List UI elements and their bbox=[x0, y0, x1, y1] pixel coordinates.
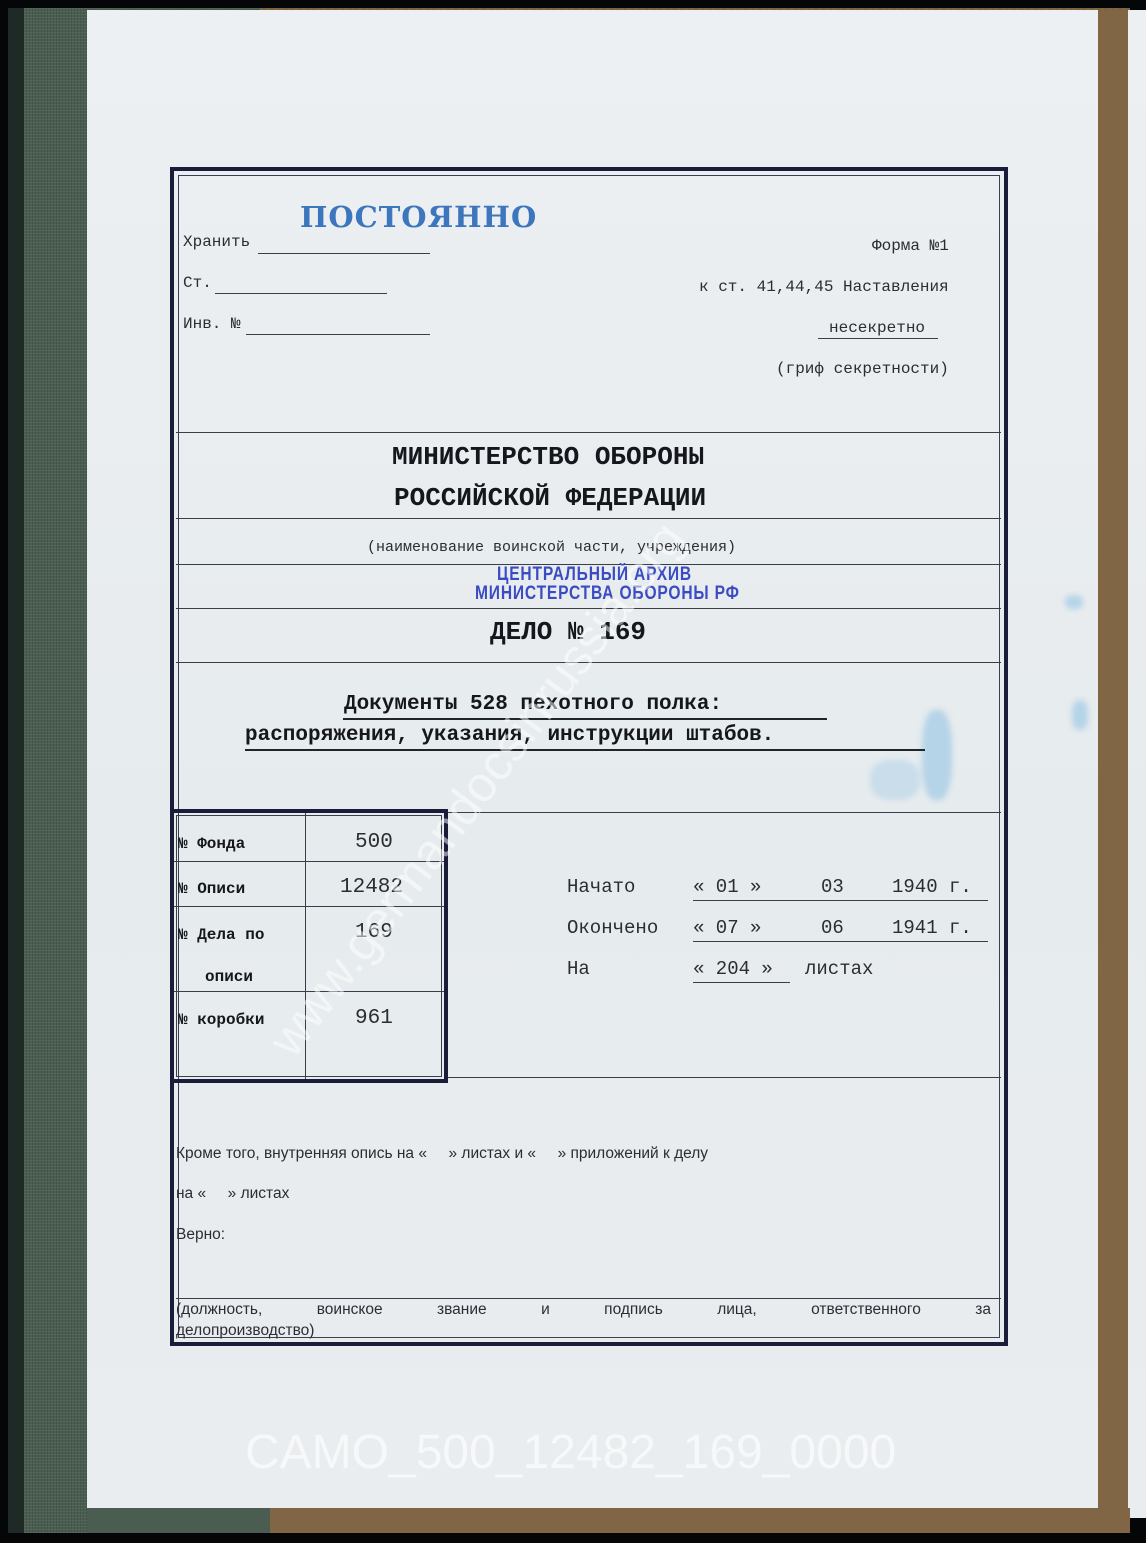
additional-inventory-line-2: на « » листах bbox=[176, 1185, 289, 1203]
started-underline bbox=[693, 900, 813, 901]
verified-label: Верно: bbox=[176, 1226, 225, 1244]
article-label: Ст. bbox=[183, 274, 212, 292]
bottom-watermark: CAMO_500_12482_169_0000 bbox=[245, 1425, 896, 1480]
additional-inventory-line-1: Кроме того, внутренняя опись на « » лист… bbox=[176, 1145, 708, 1163]
ended-day: « 07 » bbox=[693, 917, 761, 939]
ministry-line-1: МИНИСТЕРСТВО ОБОРОНЫ bbox=[392, 442, 704, 472]
permanent-storage-stamp: ПОСТОЯННО bbox=[300, 200, 537, 234]
signature-caption: (должность, воинское звание и подпись ли… bbox=[176, 1301, 991, 1319]
sheets-underline bbox=[693, 982, 790, 983]
started-year: 1940 г. bbox=[892, 876, 972, 898]
binder-spine-shadow bbox=[8, 8, 24, 1533]
started-underline bbox=[813, 900, 988, 901]
sheets-count: « 204 » bbox=[693, 958, 773, 980]
description-underline bbox=[343, 718, 827, 720]
sheets-suffix: листах bbox=[805, 958, 873, 980]
inventory-field bbox=[246, 334, 430, 335]
divider bbox=[176, 432, 1001, 433]
form-frame bbox=[170, 167, 1008, 1346]
sheet-right-edge bbox=[1098, 10, 1128, 1520]
ended-label: Окончено bbox=[567, 917, 658, 939]
sheet-bottom-edge bbox=[270, 1508, 1130, 1533]
keep-label: Хранить bbox=[183, 233, 250, 251]
fond-value: 500 bbox=[355, 831, 393, 854]
description-underline bbox=[245, 749, 925, 751]
delo-label: № Дела по bbox=[178, 926, 264, 944]
classification-caption: (гриф секретности) bbox=[776, 360, 949, 378]
pencil-mark bbox=[1072, 700, 1088, 730]
started-label: Начато bbox=[567, 876, 635, 898]
ended-month: 06 bbox=[821, 917, 844, 939]
ended-underline bbox=[693, 941, 988, 942]
divider bbox=[448, 1077, 1001, 1078]
sheet-bottom-edge-left bbox=[87, 1508, 270, 1533]
sheets-label: На bbox=[567, 958, 590, 980]
delo-label-2: описи bbox=[205, 968, 253, 986]
fond-label: № Фонда bbox=[178, 835, 245, 853]
box-value: 961 bbox=[355, 1007, 393, 1030]
started-day: « 01 » bbox=[693, 876, 761, 898]
pencil-mark bbox=[1065, 595, 1083, 609]
regulation-reference: к ст. 41,44,45 Наставления bbox=[699, 278, 949, 296]
ministry-line-2: РОССИЙСКОЙ ФЕДЕРАЦИИ bbox=[394, 483, 706, 513]
box-label: № коробки bbox=[178, 1011, 264, 1029]
inventory-label: Инв. № bbox=[183, 315, 241, 333]
divider bbox=[176, 1298, 1001, 1299]
divider bbox=[176, 518, 1001, 519]
classification-underline bbox=[818, 338, 938, 339]
ended-year: 1941 г. bbox=[892, 917, 972, 939]
divider bbox=[448, 812, 1001, 813]
article-field bbox=[215, 293, 387, 294]
form-number: Форма №1 bbox=[872, 237, 949, 255]
signature-caption-line-2: делопроизводство) bbox=[176, 1322, 314, 1340]
classification-value: несекретно bbox=[829, 319, 925, 337]
opis-label: № Описи bbox=[178, 880, 245, 898]
started-month: 03 bbox=[821, 876, 844, 898]
keep-field bbox=[258, 253, 430, 254]
